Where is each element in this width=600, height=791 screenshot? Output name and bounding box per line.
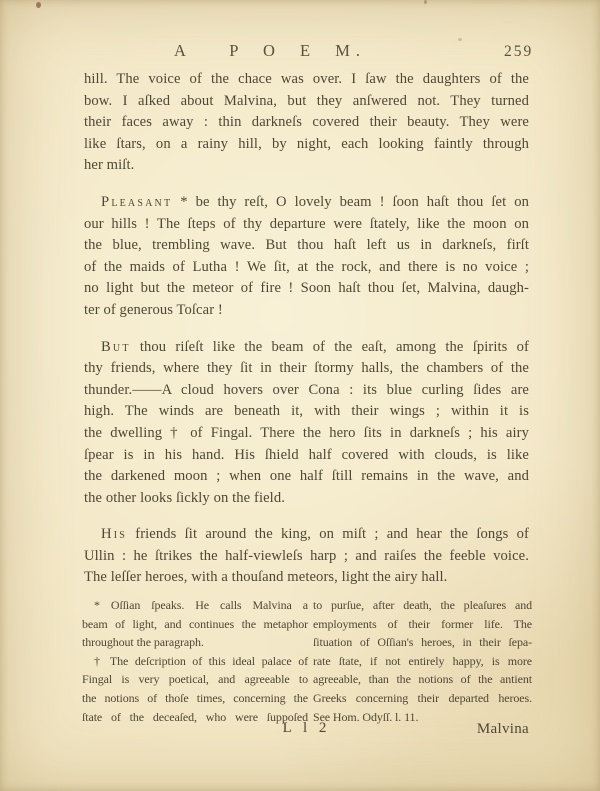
footnote-dagger-continuation: to purſue, after death, the pleaſures an… bbox=[313, 596, 532, 726]
text-line: Pleasant * be thy reſt, O lovely beam ! … bbox=[84, 192, 529, 214]
text-line: Ullin : he ſtrikes the half-viewleſs har… bbox=[84, 546, 529, 568]
small-caps-lead: Pleasant bbox=[101, 194, 172, 210]
text-line: ſituation of Oſſian's heroes, in their ſ… bbox=[313, 633, 532, 652]
text-line: rate ſtate, if not entirely happy, is mo… bbox=[313, 652, 532, 671]
text-line: Fingal is very poetical, and agreeable t… bbox=[82, 670, 308, 689]
text-line: the notions of thoſe times, concerning t… bbox=[82, 689, 308, 708]
text-line: to purſue, after death, the pleaſures an… bbox=[313, 596, 532, 615]
catchword: Malvina bbox=[477, 721, 529, 738]
text-line: beam of light, and continues the metapho… bbox=[82, 615, 308, 634]
running-header-title: A P O E M. bbox=[0, 41, 540, 61]
ink-speck bbox=[424, 0, 427, 4]
text-line: hill. The voice of the chace was over. I… bbox=[84, 69, 529, 91]
text-line: ſpear is in his hand. His ſhield half co… bbox=[84, 445, 529, 467]
book-page: A P O E M. 259 hill. The voice of the ch… bbox=[0, 0, 600, 791]
paragraph: But thou riſeſt like the beam of the eaſ… bbox=[84, 337, 529, 510]
text-line: the blue, trembling wave. But thou haſt … bbox=[84, 235, 529, 257]
signature-mark: L l 2 bbox=[84, 720, 529, 737]
text-line: the other looks ſickly on the field. bbox=[84, 488, 529, 510]
text-line: employments of their former life. The bbox=[313, 615, 532, 634]
footnote-dagger: † The deſcription of this ideal palace o… bbox=[82, 652, 308, 726]
text-line: the darkened moon ; when one half ſtill … bbox=[84, 466, 529, 488]
paragraph: Pleasant * be thy reſt, O lovely beam ! … bbox=[84, 192, 529, 322]
text-line: their faces away : thin darkneſs covered… bbox=[84, 112, 529, 134]
text-line: throughout the paragraph. bbox=[82, 633, 308, 652]
text-line: of the maids of Lutha ! We ſit, at the r… bbox=[84, 257, 529, 279]
text-line: high. The winds are beneath it, with the… bbox=[84, 401, 529, 423]
small-caps-lead: His bbox=[101, 526, 127, 542]
text-line: Greeks concerning their departed heroes. bbox=[313, 689, 532, 708]
text-line: thunder.——A cloud hovers over Cona : its… bbox=[84, 380, 529, 402]
paragraph: His friends ſit around the king, on miſt… bbox=[84, 524, 529, 589]
text-line: * Oſſian ſpeaks. He calls Malvina a bbox=[82, 596, 308, 615]
page-number: 259 bbox=[504, 43, 533, 61]
body-text: hill. The voice of the chace was over. I… bbox=[84, 69, 529, 589]
small-caps-lead: But bbox=[101, 339, 131, 355]
text-line: thy friends, where they ſit in their ſto… bbox=[84, 358, 529, 380]
text-line: His friends ſit around the king, on miſt… bbox=[84, 524, 529, 546]
text-line: ter of generous Toſcar ! bbox=[84, 300, 529, 322]
footnote-asterisk: * Oſſian ſpeaks. He calls Malvina abeam … bbox=[82, 596, 308, 652]
text-line: The leſſer heroes, with a thouſand meteo… bbox=[84, 567, 529, 589]
text-line: like ſtars, on a rainy hill, by night, e… bbox=[84, 134, 529, 156]
text-line: But thou riſeſt like the beam of the eaſ… bbox=[84, 337, 529, 359]
text-line: our hills ! The ſteps of thy departure w… bbox=[84, 214, 529, 236]
text-line: the dwelling † of Fingal. There the hero… bbox=[84, 423, 529, 445]
text-line: her miſt. bbox=[84, 155, 529, 177]
paragraph: hill. The voice of the chace was over. I… bbox=[84, 69, 529, 177]
footnote-column-right: to purſue, after death, the pleaſures an… bbox=[313, 596, 532, 726]
footnote-column-left: * Oſſian ſpeaks. He calls Malvina abeam … bbox=[82, 596, 308, 726]
text-line: † The deſcription of this ideal palace o… bbox=[82, 652, 308, 671]
text-line: agreeable, than the notions of the antie… bbox=[313, 670, 532, 689]
text-line: no light but the meteor of fire ! Soon h… bbox=[84, 278, 529, 300]
text-line: bow. I aſked about Malvina, but they anſ… bbox=[84, 91, 529, 113]
ink-speck bbox=[36, 2, 41, 8]
footnotes: * Oſſian ſpeaks. He calls Malvina abeam … bbox=[82, 596, 532, 726]
